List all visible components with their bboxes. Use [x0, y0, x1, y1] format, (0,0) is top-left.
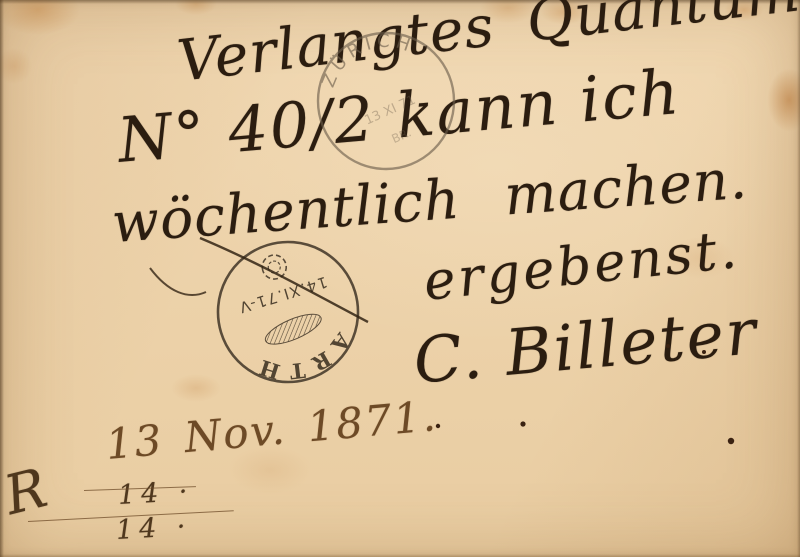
pen-stroke-through-stamp	[200, 238, 368, 322]
postcard-scan: Verlangtes Quantum N° 40/2 kann ich wöch…	[0, 0, 800, 557]
pen-strokes-overlay	[0, 0, 800, 557]
ink-dots	[436, 344, 734, 444]
pen-stroke-tail	[150, 268, 206, 295]
